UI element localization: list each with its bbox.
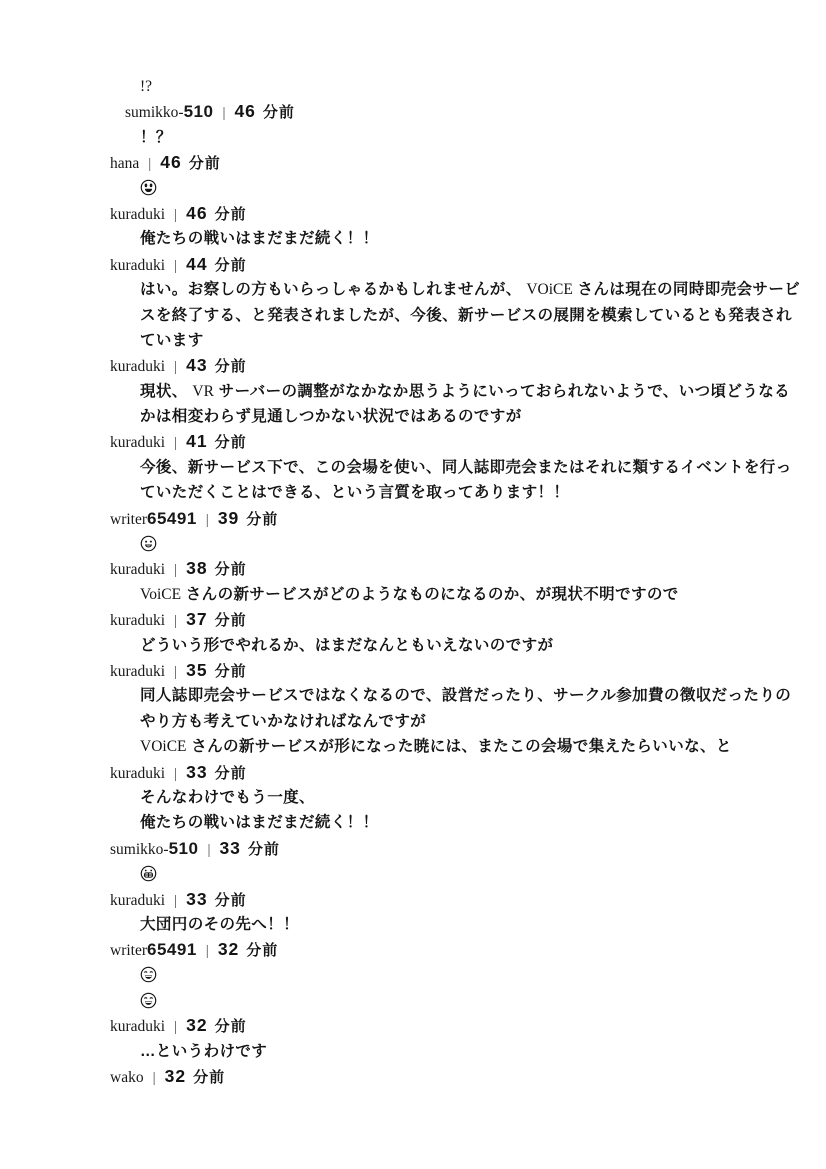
timestamp-suffix: 分前 [246,511,278,528]
timestamp-suffix: 分前 [193,1069,225,1086]
separator: | [153,1070,156,1086]
timestamp: 32分前 [186,1018,246,1035]
message-header: sumikko-510|46分前 [0,99,826,124]
timestamp-minutes: 33 [186,762,207,782]
message-header: hana|46分前 [0,150,826,175]
message-line: はい。お察しの方もいらっしゃるかもしれませんが、 VOiCE さんは現在の同時即… [0,277,826,302]
timestamp-suffix: 分前 [215,892,247,909]
message-header: kuraduki|41分前 [0,429,826,454]
username: kuraduki [110,1018,165,1035]
separator: | [206,943,209,959]
username: sumikko-510 [110,841,198,858]
username: kuraduki [110,434,165,451]
timestamp-minutes: 38 [186,558,207,578]
message-header: writer65491|32分前 [0,937,826,962]
separator: | [174,893,177,909]
separator: | [174,258,177,274]
timestamp-suffix: 分前 [248,841,280,858]
timestamp: 32分前 [165,1069,225,1086]
separator: | [174,1019,177,1035]
timestamp-suffix: 分前 [215,663,247,680]
username: kuraduki [110,663,165,680]
timestamp-minutes: 32 [186,1015,207,1035]
timestamp: 43分前 [186,358,246,375]
timestamp-suffix: 分前 [215,257,247,274]
message-emoji-line [0,861,826,886]
timestamp: 35分前 [186,663,246,680]
message-line: 大団円のその先へ！！ [0,912,826,937]
message-line: ！？ [0,125,826,150]
message-emoji-line [0,988,826,1013]
separator: | [174,613,177,629]
separator: | [222,105,225,121]
separator: | [206,512,209,528]
timestamp-minutes: 44 [186,254,207,274]
message-header: kuraduki|37分前 [0,607,826,632]
timestamp-suffix: 分前 [215,358,247,375]
timestamp-minutes: 37 [186,609,207,629]
message-line: VOiCE さんの新サービスが形になった暁には、またこの会場で集えたらいいな、と [0,734,826,759]
timestamp: 46分前 [160,155,220,172]
message-line: …というわけです [0,1039,826,1064]
username: wako [110,1069,144,1086]
timestamp-minutes: 41 [186,431,207,451]
message-line: スを終了する、と発表されましたが、今後、新サービスの展開を模索しているとも発表さ… [0,303,826,328]
message-header: kuraduki|43分前 [0,353,826,378]
separator: | [174,435,177,451]
message-header: kuraduki|32分前 [0,1013,826,1038]
timestamp-minutes: 43 [186,355,207,375]
message-emoji-line [0,531,826,556]
timestamp-minutes: 33 [219,838,240,858]
message-line: 同人誌即売会サービスではなくなるので、設営だったり、サークル参加費の徴収だったり… [0,683,826,708]
message-line: 今後、新サービス下で、この会場を使い、同人誌即売会またはそれに類するイベントを行… [0,455,826,480]
smiling-face-icon [140,535,157,552]
timestamp-suffix: 分前 [215,434,247,451]
message-header: wako|32分前 [0,1064,826,1089]
separator: | [174,359,177,375]
username: writer65491 [110,511,197,528]
username: hana [110,155,139,172]
timestamp-minutes: 33 [186,889,207,909]
timestamp: 46分前 [186,206,246,223]
timestamp: 33分前 [186,892,246,909]
message-line: 現状、 VR サーバーの調整がなかなか思うようにいっておられないようで、いつ頃ど… [0,379,826,404]
message-line: 俺たちの戦いはまだまだ続く！！ [0,226,826,251]
separator: | [174,664,177,680]
username: sumikko-510 [125,104,213,121]
timestamp: 38分前 [186,561,246,578]
message-line: どういう形でやれるか、はまだなんともいえないのですが [0,633,826,658]
timestamp-suffix: 分前 [215,1018,247,1035]
timestamp-minutes: 35 [186,660,207,680]
message-header: sumikko-510|33分前 [0,836,826,861]
message-emoji-line [0,176,826,201]
message-header: kuraduki|33分前 [0,760,826,785]
timestamp-suffix: 分前 [189,155,221,172]
chat-message-list: !?sumikko-510|46分前！？hana|46分前kuraduki|46… [0,0,826,1090]
grinning-face-big-eyes-icon [140,180,157,197]
timestamp-minutes: 32 [165,1066,186,1086]
message-header: writer65491|39分前 [0,506,826,531]
timestamp-suffix: 分前 [215,561,247,578]
timestamp-suffix: 分前 [215,612,247,629]
username: kuraduki [110,257,165,274]
message-emoji-line [0,963,826,988]
timestamp: 37分前 [186,612,246,629]
timestamp-minutes: 46 [186,203,207,223]
chat-log-page: !?sumikko-510|46分前！？hana|46分前kuraduki|46… [0,0,826,1169]
separator: | [207,842,210,858]
message-header: kuraduki|33分前 [0,887,826,912]
message-line: VoiCE さんの新サービスがどのようなものになるのか、が現状不明ですので [0,582,826,607]
message-line: ています [0,328,826,353]
grinning-teeth-face-icon [140,865,157,882]
timestamp-suffix: 分前 [263,104,295,121]
username: kuraduki [110,612,165,629]
message-line: ていただくことはできる、という言質を取ってあります！！ [0,480,826,505]
timestamp: 33分前 [186,765,246,782]
separator: | [174,207,177,223]
timestamp: 32分前 [218,942,278,959]
timestamp: 41分前 [186,434,246,451]
message-header: kuraduki|38分前 [0,556,826,581]
username: kuraduki [110,765,165,782]
username: kuraduki [110,358,165,375]
username: kuraduki [110,561,165,578]
timestamp-suffix: 分前 [215,206,247,223]
message-line: そんなわけでもう一度、 [0,785,826,810]
laughing-face-icon [140,992,157,1009]
message-line: やり方も考えていかなければなんですが [0,709,826,734]
timestamp-minutes: 46 [160,152,181,172]
separator: | [148,156,151,172]
username: kuraduki [110,892,165,909]
message-line: かは相変わらず見通しつかない状況ではあるのですが [0,404,826,429]
timestamp-suffix: 分前 [246,942,278,959]
message-header: kuraduki|35分前 [0,658,826,683]
username: writer65491 [110,942,197,959]
timestamp-minutes: 32 [218,939,239,959]
message-header: kuraduki|44分前 [0,252,826,277]
separator: | [174,562,177,578]
message-line: 俺たちの戦いはまだまだ続く！！ [0,810,826,835]
timestamp: 39分前 [218,511,278,528]
message-header: kuraduki|46分前 [0,201,826,226]
username: kuraduki [110,206,165,223]
timestamp: 44分前 [186,257,246,274]
separator: | [174,766,177,782]
message-line: !? [0,74,826,99]
timestamp-suffix: 分前 [215,765,247,782]
timestamp-minutes: 46 [234,101,255,121]
laughing-face-icon [140,967,157,984]
timestamp-minutes: 39 [218,508,239,528]
timestamp: 46分前 [234,104,294,121]
timestamp: 33分前 [219,841,279,858]
